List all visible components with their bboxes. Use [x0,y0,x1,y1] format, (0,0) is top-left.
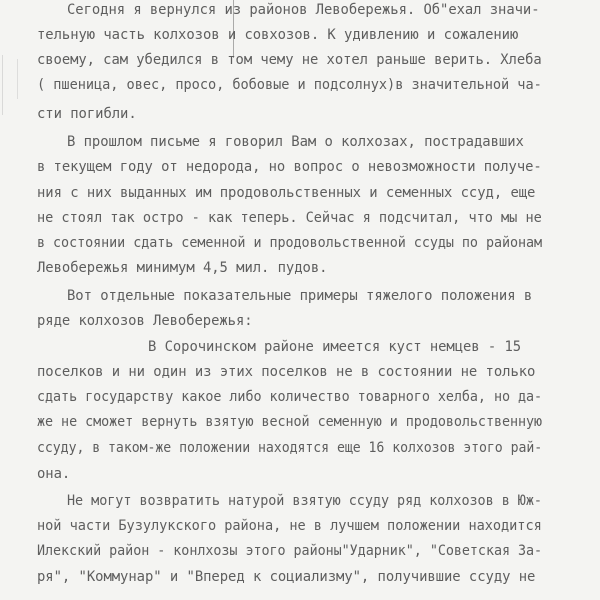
document-line: в текущем году от недорода, но вопрос о … [37,159,542,175]
document-line: же не сможет вернуть взятую весной семен… [37,414,542,430]
document-line: своему, сам убедился в том чему не хотел… [37,52,542,68]
document-line: тельную часть колхозов и совхозов. К уди… [37,27,518,43]
margin-pencil-marks [2,55,31,115]
document-line: Сегодня я вернулся из районов Левобережь… [67,2,540,18]
document-line: поселков и ни один из этих поселков не в… [37,364,535,380]
document-line: не стоял так остро - как теперь. Сейчас … [37,210,542,226]
document-line: ряде колхозов Левобережья: [37,313,253,329]
document-line: Левобережья минимум 4,5 мил. пудов. [37,260,327,276]
document-line: сти погибли. [37,106,137,122]
document-line: ния с них выданных им продовольственных … [37,185,535,201]
document-line: ( пшеница, овес, просо, бобовые и подсол… [37,77,542,93]
document-line: Вот отдельные показательные примеры тяже… [67,288,532,304]
document-line: в состоянии сдать семенной и продовольст… [37,235,542,251]
typewritten-document-page: Сегодня я вернулся из районов Левобережь… [0,0,600,600]
document-line: ря", "Коммунар" и "Вперед к социализму",… [37,569,535,585]
document-line: она. [37,466,70,482]
document-line: ссуду, в таком-же положении находятся ещ… [37,440,542,456]
document-line: ной части Бузулукского района, не в лучш… [37,518,542,534]
document-line: Илекский район - конлхозы этого районы"У… [37,543,542,559]
document-line: Не могут возвратить натурой взятую ссуду… [67,493,542,509]
document-line: В Сорочинском районе имеется куст немцев… [148,339,521,355]
document-line: сдать государству какое либо количество … [37,389,542,405]
document-line: В прошлом письме я говорил Вам о колхоза… [67,134,524,150]
